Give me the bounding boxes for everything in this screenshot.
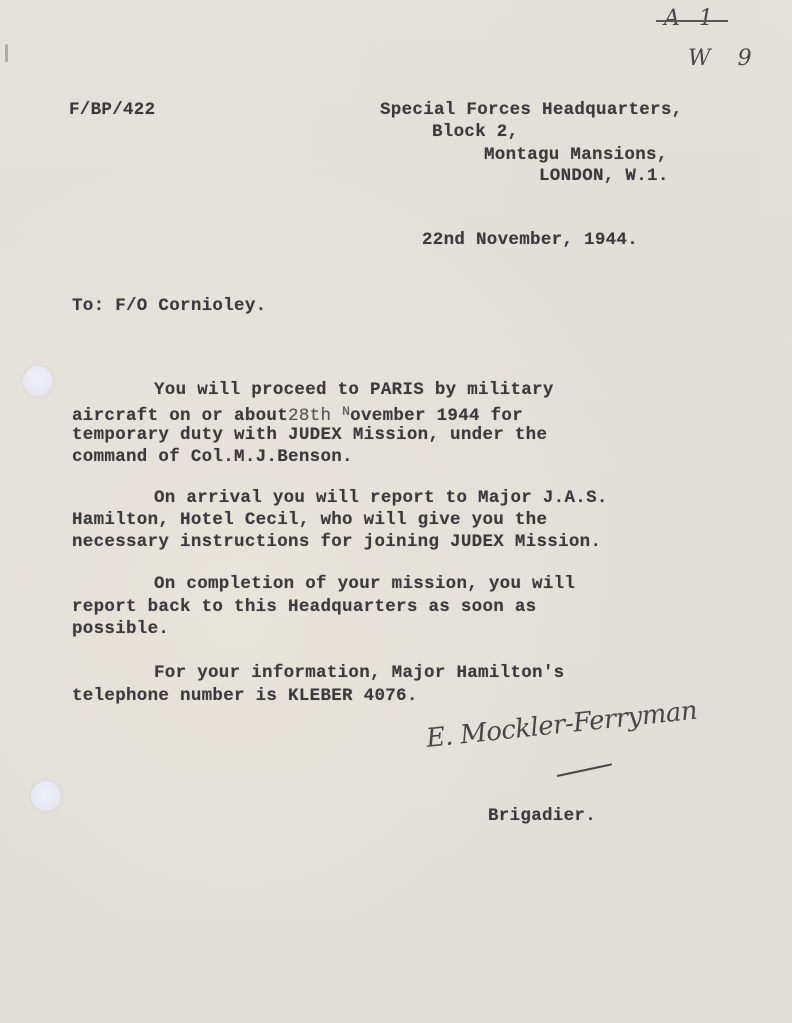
recipient-line: To: F/O Cornioley. bbox=[72, 294, 266, 318]
address-line-4: LONDON, W.1. bbox=[539, 164, 669, 188]
signature-underline bbox=[557, 763, 612, 777]
edge-mark bbox=[5, 44, 8, 62]
paragraph-2-line-3: necessary instructions for joining JUDEX… bbox=[72, 530, 601, 554]
paragraph-3-line-2: report back to this Headquarters as soon… bbox=[72, 595, 536, 619]
punch-hole-bottom bbox=[31, 781, 61, 811]
text-fragment: N bbox=[342, 404, 350, 419]
signatory-title: Brigadier. bbox=[488, 804, 596, 828]
strike-through-line bbox=[656, 20, 728, 22]
address-line-2: Block 2, bbox=[432, 120, 518, 144]
corner-annotation-struck: A 1 bbox=[664, 6, 719, 31]
handwritten-signature: E. Mockler-Ferryman bbox=[425, 696, 699, 754]
corner-annotation-note: W 9 bbox=[688, 46, 762, 71]
paragraph-2-line-1: On arrival you will report to Major J.A.… bbox=[154, 486, 608, 510]
paragraph-1-line-4: command of Col.M.J.Benson. bbox=[72, 445, 353, 469]
paragraph-4-line-2: telephone number is KLEBER 4076. bbox=[72, 684, 418, 708]
reference-number: F/BP/422 bbox=[69, 98, 155, 122]
paragraph-2-line-2: Hamilton, Hotel Cecil, who will give you… bbox=[72, 508, 547, 532]
paragraph-1-line-1: You will proceed to PARIS by military bbox=[154, 378, 554, 402]
address-line-1: Special Forces Headquarters, bbox=[380, 98, 682, 122]
punch-hole-top bbox=[23, 366, 53, 396]
letter-page: A 1 W 9 F/BP/422 Special Forces Headquar… bbox=[0, 0, 792, 1023]
letter-date: 22nd November, 1944. bbox=[422, 228, 638, 252]
paragraph-3-line-3: possible. bbox=[72, 617, 169, 641]
paragraph-1-line-3: temporary duty with JUDEX Mission, under… bbox=[72, 423, 547, 447]
paragraph-4-line-1: For your information, Major Hamilton's bbox=[154, 661, 564, 685]
paragraph-3-line-1: On completion of your mission, you will bbox=[154, 572, 575, 596]
